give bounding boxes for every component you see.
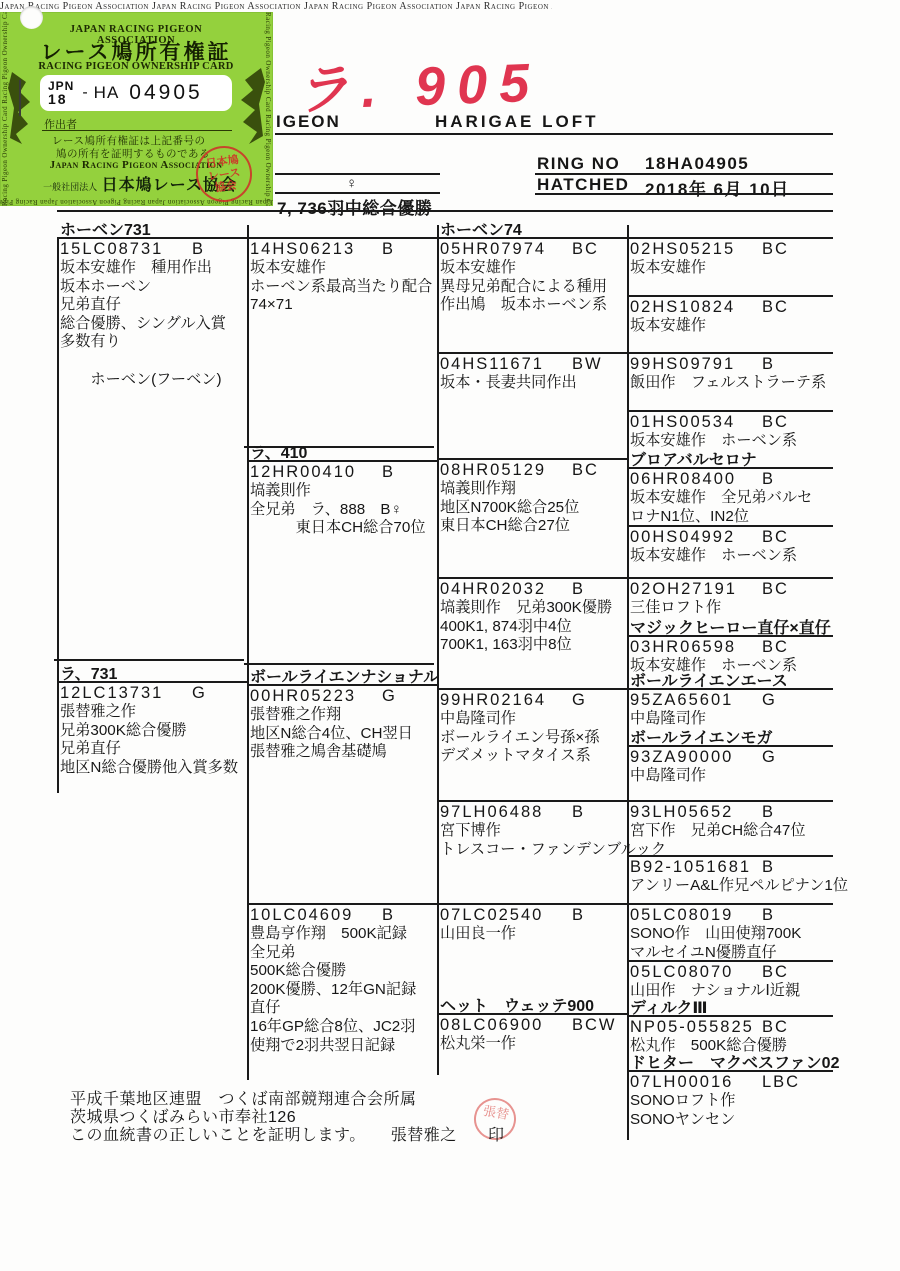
- cell-bottom-rule: [54, 659, 244, 661]
- ring-number: B92-1051681: [630, 858, 754, 877]
- band-color: B: [572, 580, 585, 598]
- ring-number: 95ZA65601: [630, 691, 754, 710]
- ring-number: 99HR02164: [440, 691, 564, 710]
- ring-number: 02OH27191: [630, 580, 754, 599]
- ring-number-line: 08HR05129BC: [440, 461, 627, 480]
- pedigree-cell: 10LC04609B豊島亨作翔 500K記録全兄弟500K総合優勝200K優勝、…: [247, 903, 437, 1055]
- pedigree-cell: マジックヒーロー直仔×直仔03HR06598BC坂本安雄作 ホーベン系: [627, 635, 833, 676]
- pedigree-text-line: 兄弟300K総合優勝: [60, 722, 247, 741]
- pedigree-text-line: 坂本安雄作 種用作出: [60, 259, 247, 278]
- pedigree-text-line: 74×71: [250, 296, 437, 315]
- pedigree-text-line: 山田作 ナショナルⅠ近親: [630, 982, 833, 1001]
- pedigree-text-line: 山田良一作: [440, 925, 627, 944]
- ring-number: 15LC08731: [60, 240, 184, 259]
- band-color: G: [192, 684, 207, 702]
- pigeon-name-header: ディルクⅢ: [630, 1001, 708, 1016]
- pedigree-cell: 97LH06488B宮下博作トレスコー・ファンデンブルック: [437, 800, 627, 859]
- pedigree-text-line: 坂本安雄作 ホーベン系: [630, 547, 833, 566]
- pedigree-cell: ヘット ウェッテ90008LC06900BCW松丸栄一作: [437, 1013, 627, 1054]
- ring-number: 07LC02540: [440, 906, 564, 925]
- pedigree-text-line: 多数有り: [60, 333, 247, 352]
- pedigree-text-line: SONO作 山田使翔700K: [630, 925, 833, 944]
- ring-number-line: 12LC13731G: [60, 684, 247, 703]
- ring-number: 05LC08070: [630, 963, 754, 982]
- pedigree-text-line: 松丸作 500K総合優勝: [630, 1037, 833, 1056]
- band-color: B: [572, 906, 585, 924]
- pedigree-text-line: 坂本安雄作: [630, 317, 833, 336]
- ring-number-line: 14HS06213B: [250, 240, 437, 259]
- band-color: LBC: [762, 1073, 800, 1091]
- pigeon-name-header: ヘット ウェッテ900: [440, 999, 594, 1014]
- ring-number-line: 03HR06598BC: [630, 638, 833, 657]
- pigeon-name-header: ボールライエンナショナル: [250, 670, 439, 685]
- ring-number-line: B92-1051681B: [630, 858, 833, 877]
- pedigree-text-line: 使翔で2羽共翌日記録: [250, 1037, 437, 1056]
- pedigree-text-line: 200K優勝、12年GN記録: [250, 981, 437, 1000]
- band-color: B: [762, 858, 775, 876]
- pedigree-cell: 01HS00534BC坂本安雄作 ホーベン系: [627, 410, 833, 451]
- pigeon-name-header: ホーベン74: [440, 223, 522, 238]
- ring-number: 12HR00410: [250, 463, 374, 482]
- ring-number-line: 12HR00410B: [250, 463, 437, 482]
- ring-number-line: NP05-055825BC: [630, 1018, 833, 1037]
- pedigree-cell: ドヒター マクベスファン0207LH00016LBCSONOロフト作SONOヤン…: [627, 1070, 833, 1129]
- ring-number-line: 02HS05215BC: [630, 240, 833, 259]
- pedigree-cell: 00HS04992BC坂本安雄作 ホーベン系: [627, 525, 833, 566]
- ring-number-line: 00HR05223G: [250, 687, 437, 706]
- pedigree-text-line: ボールライエン号孫×孫: [440, 729, 627, 748]
- pedigree-text-line: 張替雅之作翔: [250, 706, 437, 725]
- pedigree-cell: 04HR02032B塙義則作 兄弟300K優勝400K1, 874羽中4位700…: [437, 577, 627, 655]
- ring-number-line: 06HR08400B: [630, 470, 833, 489]
- band-color: BC: [762, 1018, 789, 1036]
- ring-number-line: 07LH00016LBC: [630, 1073, 833, 1092]
- ring-number-line: 05LC08019B: [630, 906, 833, 925]
- pedigree-text-line: 坂本・長妻共同作出: [440, 374, 627, 393]
- pedigree-cell: 05LC08019BSONO作 山田使翔700KマルセイユN優勝直仔: [627, 903, 833, 962]
- band-color: B: [762, 355, 775, 373]
- ring-number: 02HS05215: [630, 240, 754, 259]
- ring-number: 99HS09791: [630, 355, 754, 374]
- ring-number-line: 99HR02164G: [440, 691, 627, 710]
- band-color: BC: [762, 638, 789, 656]
- band-color: G: [762, 691, 777, 709]
- pedigree-text-line: 400K1, 874羽中4位: [440, 618, 627, 637]
- pedigree-cell: 04HS11671BW坂本・長妻共同作出: [437, 352, 627, 393]
- pedigree-text-line: ホーベン(フーベン): [60, 371, 247, 390]
- pedigree-text-line: 東日本CH総合27位: [440, 517, 627, 536]
- ring-number-line: 95ZA65601G: [630, 691, 833, 710]
- ring-number-line: 00HS04992BC: [630, 528, 833, 547]
- band-color: B: [192, 240, 205, 258]
- pedigree-cell: 05LC08070BC山田作 ナショナルⅠ近親: [627, 960, 833, 1001]
- ring-number: NP05-055825: [630, 1018, 754, 1037]
- pedigree-text-line: 地区N700K総合25位: [440, 499, 627, 518]
- band-color: B: [382, 906, 395, 924]
- ring-number: 10LC04609: [250, 906, 374, 925]
- ring-number: 97LH06488: [440, 803, 564, 822]
- pedigree-cell: 02HS05215BC坂本安雄作: [627, 237, 833, 278]
- ring-number-line: 99HS09791B: [630, 355, 833, 374]
- ring-number: 06HR08400: [630, 470, 754, 489]
- ring-number: 05LC08019: [630, 906, 754, 925]
- band-color: B: [762, 906, 775, 924]
- pedigree-cell: B92-1051681BアンリーA&L作兄ペルピナン1位: [627, 855, 833, 896]
- pedigree-text-line: 直仔: [250, 999, 437, 1018]
- pedigree-text-line: 坂本安雄作: [630, 259, 833, 278]
- pedigree-cell: ラ、73112LC13731G張替雅之作兄弟300K総合優勝兄弟直仔地区N総合優…: [57, 681, 247, 777]
- band-color: B: [572, 803, 585, 821]
- band-color: G: [572, 691, 587, 709]
- pedigree-text-line: 塙義則作翔: [440, 480, 627, 499]
- ring-number-line: 15LC08731B: [60, 240, 247, 259]
- band-color: BC: [572, 240, 599, 258]
- ring-number-line: 02HS10824BC: [630, 298, 833, 317]
- pigeon-name-header: ボールライエンモガ: [630, 731, 773, 746]
- ring-number-line: 05HR07974BC: [440, 240, 627, 259]
- seal-text: 張替: [476, 1102, 516, 1123]
- pedigree-cell: 99HR02164G中島隆司作ボールライエン号孫×孫デズメットマタイス系: [437, 688, 627, 766]
- pedigree-cell: ディルクⅢNP05-055825BC松丸作 500K総合優勝: [627, 1015, 833, 1056]
- pedigree-text-line: 塙義則作 兄弟300K優勝: [440, 599, 627, 618]
- pedigree-table: ホーベン73115LC08731B坂本安雄作 種用作出坂本ホーベン兄弟直仔総合優…: [0, 0, 900, 1271]
- pedigree-text-line: 500K総合優勝: [250, 962, 437, 981]
- pedigree-text-line: 中島隆司作: [630, 710, 833, 729]
- pedigree-cell: 99HS09791B飯田作 フェルストラーテ系: [627, 352, 833, 393]
- pedigree-text-line: トレスコー・ファンデンブルック: [440, 841, 627, 860]
- pedigree-text-line: SONOヤンセン: [630, 1111, 833, 1130]
- pedigree-cell: 02HS10824BC坂本安雄作: [627, 295, 833, 336]
- ring-number: 05HR07974: [440, 240, 564, 259]
- band-color: BC: [762, 298, 789, 316]
- pedigree-text-line: デズメットマタイス系: [440, 747, 627, 766]
- pedigree-text-line: 16年GP総合8位、JC2羽: [250, 1018, 437, 1037]
- footer-certification: この血統書の正しいことを証明します。 張替雅之: [70, 1122, 457, 1145]
- band-color: BC: [762, 413, 789, 431]
- band-color: BW: [572, 355, 603, 373]
- pedigree-text-line: 異母兄弟配合による種用: [440, 278, 627, 297]
- band-color: BC: [762, 528, 789, 546]
- pedigree-cell: ホーベン73115LC08731B坂本安雄作 種用作出坂本ホーベン兄弟直仔総合優…: [57, 237, 247, 389]
- ring-number: 00HR05223: [250, 687, 374, 706]
- band-color: B: [382, 463, 395, 481]
- pedigree-text-line: [60, 352, 247, 371]
- pigeon-name-header: ブロアバルセロナ: [630, 453, 757, 468]
- cell-bottom-rule: [244, 663, 434, 665]
- ring-number: 02HS10824: [630, 298, 754, 317]
- ring-number-line: 04HR02032B: [440, 580, 627, 599]
- pedigree-cell: 14HS06213B坂本安雄作ホーベン系最高当たり配合74×71: [247, 237, 437, 315]
- pedigree-cell: 02OH27191BC三佳ロフト作: [627, 577, 833, 618]
- ring-number-line: 08LC06900BCW: [440, 1016, 627, 1035]
- ring-number: 04HR02032: [440, 580, 564, 599]
- band-color: B: [382, 240, 395, 258]
- pedigree-text-line: 700K1, 163羽中8位: [440, 636, 627, 655]
- pedigree-text-line: 坂本ホーベン: [60, 278, 247, 297]
- pedigree-text-line: 総合優勝、シングル入賞: [60, 315, 247, 334]
- pedigree-cell: 93LH05652B宮下作 兄弟CH総合47位: [627, 800, 833, 841]
- pedigree-text-line: SONOロフト作: [630, 1092, 833, 1111]
- seal-label: 印: [488, 1122, 505, 1145]
- pedigree-cell: ラ、41012HR00410B塙義則作全兄弟 ラ、888 B♀ 東日本CH総合7…: [247, 460, 437, 538]
- pigeon-name-header: マジックヒーロー直仔×直仔: [630, 621, 831, 636]
- pedigree-cell: 07LC02540B山田良一作: [437, 903, 627, 944]
- ring-number-line: 02OH27191BC: [630, 580, 833, 599]
- pedigree-cell: ホーベン7405HR07974BC坂本安雄作異母兄弟配合による種用作出鳩 坂本ホ…: [437, 237, 627, 315]
- pedigree-text-line: 三佳ロフト作: [630, 599, 833, 618]
- pigeon-name-header: ホーベン731: [60, 223, 151, 238]
- ring-number: 08LC06900: [440, 1016, 564, 1035]
- pedigree-text-line: 兄弟直仔: [60, 740, 247, 759]
- pedigree-cell: ボールライエンエース95ZA65601G中島隆司作: [627, 688, 833, 729]
- band-color: G: [762, 748, 777, 766]
- pedigree-text-line: 全兄弟: [250, 944, 437, 963]
- pedigree-text-line: 宮下博作: [440, 822, 627, 841]
- pedigree-text-line: 全兄弟 ラ、888 B♀: [250, 501, 437, 520]
- pedigree-text-line: 兄弟直仔: [60, 296, 247, 315]
- pedigree-text-line: アンリーA&L作兄ペルピナン1位: [630, 877, 833, 896]
- pedigree-text-line: ホーベン系最高当たり配合: [250, 278, 437, 297]
- band-color: G: [382, 687, 397, 705]
- pedigree-text-line: 豊島亨作翔 500K記録: [250, 925, 437, 944]
- pedigree-text-line: 松丸栄一作: [440, 1035, 627, 1054]
- ring-number: 93ZA90000: [630, 748, 754, 767]
- ring-number-line: 05LC08070BC: [630, 963, 833, 982]
- pigeon-name-header: ボールライエンエース: [630, 674, 788, 689]
- pedigree-cell: ボールライエンモガ93ZA90000G中島隆司作: [627, 745, 833, 786]
- ring-number: 12LC13731: [60, 684, 184, 703]
- ring-number: 14HS06213: [250, 240, 374, 259]
- ring-number-line: 93LH05652B: [630, 803, 833, 822]
- ring-number-line: 97LH06488B: [440, 803, 627, 822]
- ring-number: 00HS04992: [630, 528, 754, 547]
- pedigree-text-line: 作出鳩 坂本ホーベン系: [440, 296, 627, 315]
- pedigree-cell: ブロアバルセロナ06HR08400B坂本安雄作 全兄弟バルセロナN1位、IN2位: [627, 467, 833, 526]
- ring-number: 93LH05652: [630, 803, 754, 822]
- band-color: BC: [572, 461, 599, 479]
- ring-number: 08HR05129: [440, 461, 564, 480]
- ring-number-line: 10LC04609B: [250, 906, 437, 925]
- pedigree-text-line: 宮下作 兄弟CH総合47位: [630, 822, 833, 841]
- pedigree-text-line: 坂本安雄作: [250, 259, 437, 278]
- ring-number: 04HS11671: [440, 355, 564, 374]
- pedigree-text-line: 地区N総合優勝他入賞多数: [60, 759, 247, 778]
- pedigree-text-line: 地区N総合4位、CH翌日: [250, 725, 437, 744]
- ring-number: 07LH00016: [630, 1073, 754, 1092]
- pedigree-text-line: 塙義則作: [250, 482, 437, 501]
- pedigree-cell: ボールライエンナショナル00HR05223G張替雅之作翔地区N総合4位、CH翌日…: [247, 684, 437, 762]
- pigeon-name-header: ラ、410: [250, 446, 307, 461]
- pedigree-text-line: 飯田作 フェルストラーテ系: [630, 374, 833, 393]
- band-color: BCW: [572, 1016, 617, 1034]
- band-color: B: [762, 470, 775, 488]
- pigeon-name-header: ドヒター マクベスファン02: [630, 1056, 839, 1071]
- band-color: B: [762, 803, 775, 821]
- pedigree-text-line: 坂本安雄作: [440, 259, 627, 278]
- pedigree-text-line: 中島隆司作: [440, 710, 627, 729]
- band-color: BC: [762, 240, 789, 258]
- pedigree-text-line: ロナN1位、IN2位: [630, 508, 833, 527]
- pedigree-text-line: 坂本安雄作 ホーベン系: [630, 432, 833, 451]
- ring-number-line: 07LC02540B: [440, 906, 627, 925]
- ring-number-line: 93ZA90000G: [630, 748, 833, 767]
- band-color: BC: [762, 963, 789, 981]
- pedigree-cell: 08HR05129BC塙義則作翔地区N700K総合25位東日本CH総合27位: [437, 458, 627, 536]
- pigeon-name-header: ラ、731: [60, 667, 117, 682]
- pedigree-text-line: 中島隆司作: [630, 767, 833, 786]
- ring-number-line: 01HS00534BC: [630, 413, 833, 432]
- band-color: BC: [762, 580, 789, 598]
- ring-number: 03HR06598: [630, 638, 754, 657]
- pedigree-text-line: 張替雅之作: [60, 703, 247, 722]
- pedigree-text-line: 坂本安雄作 全兄弟バルセ: [630, 489, 833, 508]
- ring-number: 01HS00534: [630, 413, 754, 432]
- pedigree-text-line: 張替雅之鳩舎基礎鳩: [250, 743, 437, 762]
- pedigree-text-line: 東日本CH総合70位: [250, 519, 437, 538]
- ring-number-line: 04HS11671BW: [440, 355, 627, 374]
- pedigree-certificate: Japan Racing Pigeon Association Japan Ra…: [0, 0, 900, 1271]
